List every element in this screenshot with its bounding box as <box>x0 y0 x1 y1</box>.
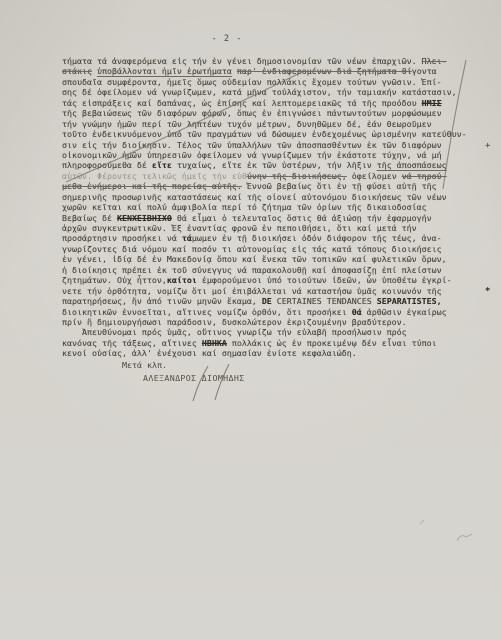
text-segment: πληροφορούμεθα δέ <box>62 160 152 170</box>
text-segment: Πλει- <box>422 56 447 66</box>
text-line: χωρῶν κεῖται καί πολύ ἀμφιβολία περί τό … <box>62 202 474 212</box>
text-segment: CERTAINES TENDANCES <box>272 296 377 306</box>
text-line: διοικητικῶν ἐννοεῖται, αἵτινες νομίζω ὀρ… <box>62 307 474 317</box>
text-segment: τά <box>182 233 192 243</box>
text-segment: σιν εἰς τήν διοίκησιν. Τέλος τῶν ὑπαλλήλ… <box>62 140 442 150</box>
text-line: ἐν γένει, ἰδίᾳ δέ ἐν Μακεδονίᾳ ὅπου καί … <box>62 254 474 264</box>
text-segment: ἀρθῶσιν ἐγκαίρως <box>362 307 447 317</box>
text-line: αὐτῶν. Φέροντες τελικῶς ἡμεῖς τήν εὐθύνη… <box>62 171 474 181</box>
text-segment: καίτοι <box>167 275 197 285</box>
text-segment: πρίν ἤ δημιουργήσωσι παράδοσιν, δυσκολώτ… <box>62 317 407 327</box>
text-line: ζητημάτων. Οὐχ ἧττον,καίτοι ἐμφορούμενοι… <box>62 275 474 285</box>
signature-slash-1 <box>193 366 208 401</box>
text-segment: ζητημάτων. Οὐχ ἧττον, <box>62 275 167 285</box>
margin-asterisk-mark: ∗ <box>485 285 490 295</box>
text-line: κενοί οὐσίας, ἀλλ' ἐνέχουσι καί σημασίαν… <box>62 348 474 358</box>
text-segment: DE <box>262 296 272 306</box>
text-segment: θά εἶμαι ὁ τελευταῖος ὅστις θά ἀξιώσῃ τή… <box>172 213 432 223</box>
text-segment: ὀφείλομεν <box>347 171 402 181</box>
text-line: πληροφορούμεθα δέ εἴτε τυχαίως, εἴτε ἐκ … <box>62 160 474 170</box>
text-line: σιν εἰς τήν διοίκησιν. Τέλος τῶν ὑπαλλήλ… <box>62 140 474 150</box>
text-segment: ΚΕΝΧΕΙΒΗΙΧΘ <box>117 213 172 223</box>
text-line: Βεβαίως δέ ΚΕΝΧΕΙΒΗΙΧΘ θά εἶμαι ὁ τελευτ… <box>62 213 474 223</box>
page-number: - 2 - <box>205 34 249 44</box>
text-line: στάκις ὑποβάλλονται ἡμῖν ἐρωτήματα παρ' … <box>62 66 474 76</box>
text-line: σπουδαῖα συμφέροντα, ἡμεῖς ὅμως οὐδεμίαν… <box>62 77 474 87</box>
text-segment: στάκις <box>62 66 92 76</box>
text-line: σης δέ ὀφείλομεν νά γνωρίζωμεν, κατά μῆν… <box>62 87 474 97</box>
text-segment: Ἀπευθύνομαι πρός ὑμᾶς, οὕτινος γνωρίζω τ… <box>62 327 407 337</box>
text-segment: γοντα <box>412 66 437 76</box>
text-segment: σης δέ ὀφείλομεν νά γνωρίζωμεν, κατά μῆν… <box>62 87 457 97</box>
text-segment: κενοί οὐσίας, ἀλλ' ἐνέχουσι καί σημασίαν… <box>62 348 357 358</box>
text-line: πρίν ἤ δημιουργήσωσι παράδοσιν, δυσκολώτ… <box>62 317 474 327</box>
text-block: τήματα τά ἀναφερόμενα εἰς τήν ἐν γένει δ… <box>62 56 474 359</box>
text-segment: ἐμφορούμενοι ὑπό τοιούτων ἰδεῶν, ὧν ὑποθ… <box>197 275 452 285</box>
text-segment: τυχαίως, εἴτε ἐκ τῶν ὑστέρων, τήν λῆξιν <box>172 160 377 170</box>
text-segment: τάς εἰσπράξεις καί δαπάνας, ὡς ἐπίσης κα… <box>62 98 422 108</box>
text-line: μεθα ἐνήμεροι καί τῆς πορείας αὐτῆς. Ἐνν… <box>62 181 474 191</box>
scanned-page: - 2 - τήματα τά ἀναφερόμενα εἰς τήν ἐν γ… <box>0 0 501 639</box>
text-segment: ἐν γένει, ἰδίᾳ δέ ἐν Μακεδονίᾳ ὅπου καί … <box>62 254 447 264</box>
text-line: Ἀπευθύνομαι πρός ὑμᾶς, οὕτινος γνωρίζω τ… <box>62 327 474 337</box>
text-segment: SEPARATISTES, <box>377 296 442 306</box>
text-segment: Βεβαίως δέ <box>62 213 117 223</box>
text-segment: πολλάκις ὡς ἐν προκειμένῳ δέν εἶναι τύπο… <box>227 338 437 348</box>
text-line: γνωρίζοντες διά νόμου καί ποσόν τι αὐτον… <box>62 244 474 254</box>
text-segment: τοῦτο ἐνδεικνυόμενον ὑπό τῶν πραγμάτων ν… <box>62 129 467 139</box>
pencil-scribble <box>457 534 472 541</box>
text-segment: ύνην τῆς διοικήσεως, <box>247 171 347 181</box>
text-line: σημερινῆς προσωρινῆς καταστάσεως καί τῆς… <box>62 192 474 202</box>
text-segment: παρ' ἐνδιαφερομένων διά ζητήματα θί <box>237 66 412 76</box>
text-segment: κανόνας τῆς τάξεως, αἵτινες <box>62 338 202 348</box>
text-segment: αὐτῶν. Φέροντες τελικῶς ἡμεῖς τήν εὐθ <box>62 171 247 181</box>
text-line: κανόνας τῆς τάξεως, αἵτινες ΗΒΗΚΑ πολλάκ… <box>62 338 474 348</box>
text-line: ἀρχῶν συγκεντρωτικῶν. Ἐξ ἐναντίας φρονῶ … <box>62 223 474 233</box>
text-segment: προσάρτησιν προσήκει νά <box>62 233 182 243</box>
text-segment: ἀρχῶν συγκεντρωτικῶν. Ἐξ ἐναντίας φρονῶ … <box>62 223 417 233</box>
text-segment: ὑποβάλλονται ἡμῖν ἐρωτήματα <box>97 66 232 76</box>
text-segment: μεθα ἐνήμεροι καί τῆς πορείας αὐτῆς. <box>62 181 242 191</box>
text-line: προσάρτησιν προσήκει νά τάμωμεν ἐν τῇ δι… <box>62 233 474 243</box>
text-segment: ΗΒΗΚΑ <box>202 338 227 348</box>
text-segment: νά τηρού- <box>402 171 447 181</box>
text-segment: νετε τήν ὀρθότητα, νομίζω ὅτι μοί ἐπιβάλ… <box>62 286 442 296</box>
text-segment: τῆς βεβαιώσεως τῶν διαφόρων φόρων, ὅπως … <box>62 108 442 118</box>
text-segment: τῆς ἀποσπάσεως <box>377 160 447 170</box>
text-segment: τήν γνώμην ἡμῶν περί τῶν ληπτέων τυχόν μ… <box>62 119 432 129</box>
text-segment: διοικητικῶν ἐννοεῖται, αἵτινες νομίζω ὀρ… <box>62 307 352 317</box>
text-line: οἰκονομικῶν ἡμῶν ὑπηρεσιῶν ὀφείλομεν νά … <box>62 150 474 160</box>
text-line: τάς εἰσπράξεις καί δαπάνας, ὡς ἐπίσης κα… <box>62 98 474 108</box>
text-segment: σημερινῆς προσωρινῆς καταστάσεως καί τῆς… <box>62 192 447 202</box>
text-line: τήματα τά ἀναφερόμενα εἰς τήν ἐν γένει δ… <box>62 56 474 66</box>
text-segment: εἴτε <box>152 160 172 170</box>
margin-plus-mark: + <box>485 141 490 151</box>
text-segment: ἡ διοίκησις πρέπει ἐκ τοῦ σύνεγγυς νά πα… <box>62 265 442 275</box>
text-segment: γνωρίζοντες διά νόμου καί ποσόν τι αὐτον… <box>62 244 442 254</box>
text-line: τῆς βεβαιώσεως τῶν διαφόρων φόρων, ὅπως … <box>62 108 474 118</box>
text-segment: τήματα τά ἀναφερόμενα εἰς τήν ἐν γένει δ… <box>62 56 422 66</box>
text-segment: σπουδαῖα συμφέροντα, ἡμεῖς ὅμως οὐδεμίαν… <box>62 77 442 87</box>
text-segment: οἰκονομικῶν ἡμῶν ὑπηρεσιῶν ὀφείλομεν νά … <box>62 150 442 160</box>
text-line: ἡ διοίκησις πρέπει ἐκ τοῦ σύνεγγυς νά πα… <box>62 265 474 275</box>
signature-name: ΑΛΕΞΑΝΔΡΟΣ ΔΙΟΜΗΔΗΣ <box>143 373 245 383</box>
text-segment: χωρῶν κεῖται καί πολύ ἀμφιβολία περί τό … <box>62 202 427 212</box>
text-line: νετε τήν ὀρθότητα, νομίζω ὅτι μοί ἐπιβάλ… <box>62 286 474 296</box>
text-line: παρατηρήσεως, ἥν ἀπό τινῶν μηνῶν ἔκαμα, … <box>62 296 474 306</box>
pencil-scribble-small <box>420 520 424 524</box>
text-segment: Ἐννοῶ βεβαίως ὅτι ἐν τῇ φύσει αὐτῇ τῆς <box>242 181 437 191</box>
text-segment: μωμεν ἐν τῇ διοικήσει ὁδόν διάφορον τῆς … <box>192 233 442 243</box>
text-segment: θά <box>352 307 362 317</box>
text-line: τήν γνώμην ἡμῶν περί τῶν ληπτέων τυχόν μ… <box>62 119 474 129</box>
text-segment: παρατηρήσεως, ἥν ἀπό τινῶν μηνῶν ἔκαμα, <box>62 296 262 306</box>
closing-line: Μετά κλπ. <box>122 360 167 370</box>
text-segment: ΗΜΙΣ <box>422 98 442 108</box>
text-line: τοῦτο ἐνδεικνυόμενον ὑπό τῶν πραγμάτων ν… <box>62 129 474 139</box>
